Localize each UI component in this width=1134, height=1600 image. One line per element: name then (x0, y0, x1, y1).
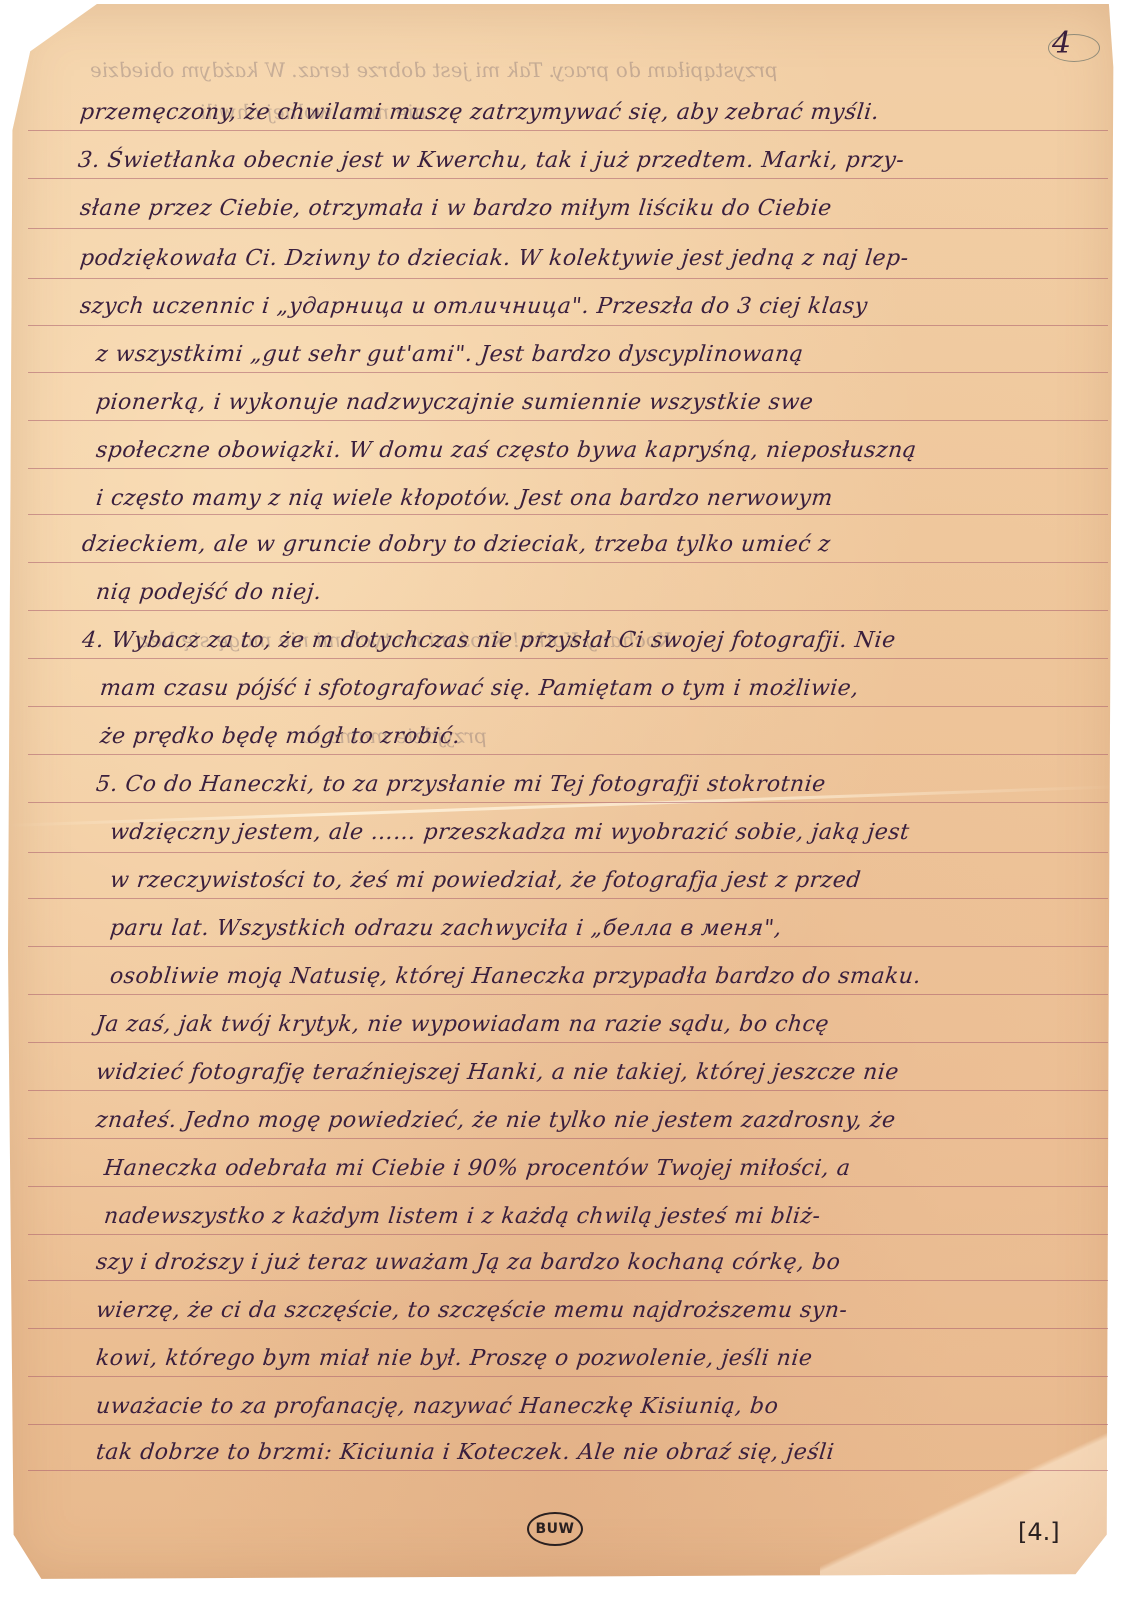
ruled-line (28, 1376, 1108, 1377)
letter-line: przemęczony, że chwilami muszę zatrzymyw… (79, 100, 1076, 125)
ruled-line (28, 1328, 1108, 1329)
bleed-through-text: przystąpiłam do pracy. Tak mi jest dobrz… (89, 58, 780, 82)
ruled-line (28, 1090, 1108, 1091)
ruled-line (28, 1234, 1108, 1235)
buw-library-stamp: BUW (527, 1512, 583, 1546)
letter-line: 4. Wybacz za to, że m dotychczas nie prz… (81, 628, 1076, 653)
letter-line: szy i droższy i już teraz uważam Ją za b… (95, 1250, 1076, 1275)
ruled-line (28, 372, 1108, 373)
ruled-line (28, 994, 1108, 995)
ruled-line (28, 1138, 1108, 1139)
letter-line: wdzięczny jestem, ale …… przeszkadza mi … (109, 820, 1076, 845)
letter-line: tak dobrze to brzmi: Kiciunia i Koteczek… (95, 1440, 1076, 1465)
ruled-line (28, 1186, 1108, 1187)
ruled-line (28, 658, 1108, 659)
letter-line: podziękowała Ci. Dziwny to dzieciak. W k… (79, 246, 1076, 271)
ruled-line (28, 754, 1108, 755)
letter-line: paru lat. Wszystkich odrazu zachwyciła i… (109, 916, 1076, 941)
letter-line: znałeś. Jedno mogę powiedzieć, że nie ty… (95, 1108, 1076, 1133)
ruled-line (28, 1470, 1108, 1471)
letter-line: Ja zaś, jak twój krytyk, nie wypowiadam … (95, 1012, 1076, 1037)
letter-line: słane przez Ciebie, otrzymała i w bardzo… (79, 196, 1076, 221)
letter-line: dzieckiem, ale w gruncie dobry to dzieci… (81, 532, 1076, 557)
ruled-line (28, 178, 1108, 179)
ruled-line (28, 130, 1108, 131)
ruled-line (28, 802, 1108, 803)
ruled-line (28, 514, 1108, 515)
ruled-line (28, 228, 1108, 229)
ruled-line (28, 610, 1108, 611)
ruled-line (28, 420, 1108, 421)
page-number: 4 (1052, 26, 1071, 61)
letter-line: widzieć fotografję teraźniejszej Hanki, … (95, 1060, 1076, 1085)
letter-line: uważacie to za profanację, nazywać Hanec… (95, 1394, 1076, 1419)
letter-line: 5. Co do Haneczki, to za przysłanie mi T… (95, 772, 1076, 797)
ruled-line (28, 1280, 1108, 1281)
ruled-line (28, 325, 1108, 326)
ruled-line (28, 852, 1108, 853)
letter-line: 3. Świetłanka obecnie jest w Kwerchu, ta… (77, 148, 1076, 173)
ruled-line (28, 706, 1108, 707)
ruled-line (28, 1424, 1108, 1425)
ruled-line (28, 562, 1108, 563)
letter-line: mam czasu pójść i sfotografować się. Pam… (99, 676, 1076, 701)
letter-line: z wszystkimi „gut sehr gut'ami". Jest ba… (95, 342, 1076, 367)
letter-line: nią podejść do niej. (95, 580, 1076, 605)
letter-line: i często mamy z nią wiele kłopotów. Jest… (95, 486, 1076, 511)
letter-line: że prędko będę mógł to zrobić. (99, 724, 1076, 749)
archive-page-label: [4.] (1018, 1518, 1060, 1546)
letter-line: społeczne obowiązki. W domu zaś często b… (95, 438, 1076, 463)
ruled-line (28, 1042, 1108, 1043)
letter-line: osobliwie moją Natusię, której Haneczka … (109, 964, 1076, 989)
ruled-line (28, 468, 1108, 469)
letter-line: wierzę, że ci da szczęście, to szczęście… (95, 1298, 1076, 1323)
letter-line: kowi, którego bym miał nie był. Proszę o… (95, 1346, 1076, 1371)
ruled-line (28, 278, 1108, 279)
ruled-line (28, 898, 1108, 899)
letter-line: w rzeczywistości to, żeś mi powiedział, … (109, 868, 1076, 893)
letter-line: Haneczka odebrała mi Ciebie i 90% procen… (103, 1156, 1076, 1181)
letter-line: nadewszystko z każdym listem i z każdą c… (103, 1204, 1076, 1229)
ruled-line (28, 946, 1108, 947)
letter-line: szych uczennic i „ударница и отличница".… (79, 294, 1076, 319)
letter-line: pionerką, i wykonuje nadzwyczajnie sumie… (95, 390, 1076, 415)
